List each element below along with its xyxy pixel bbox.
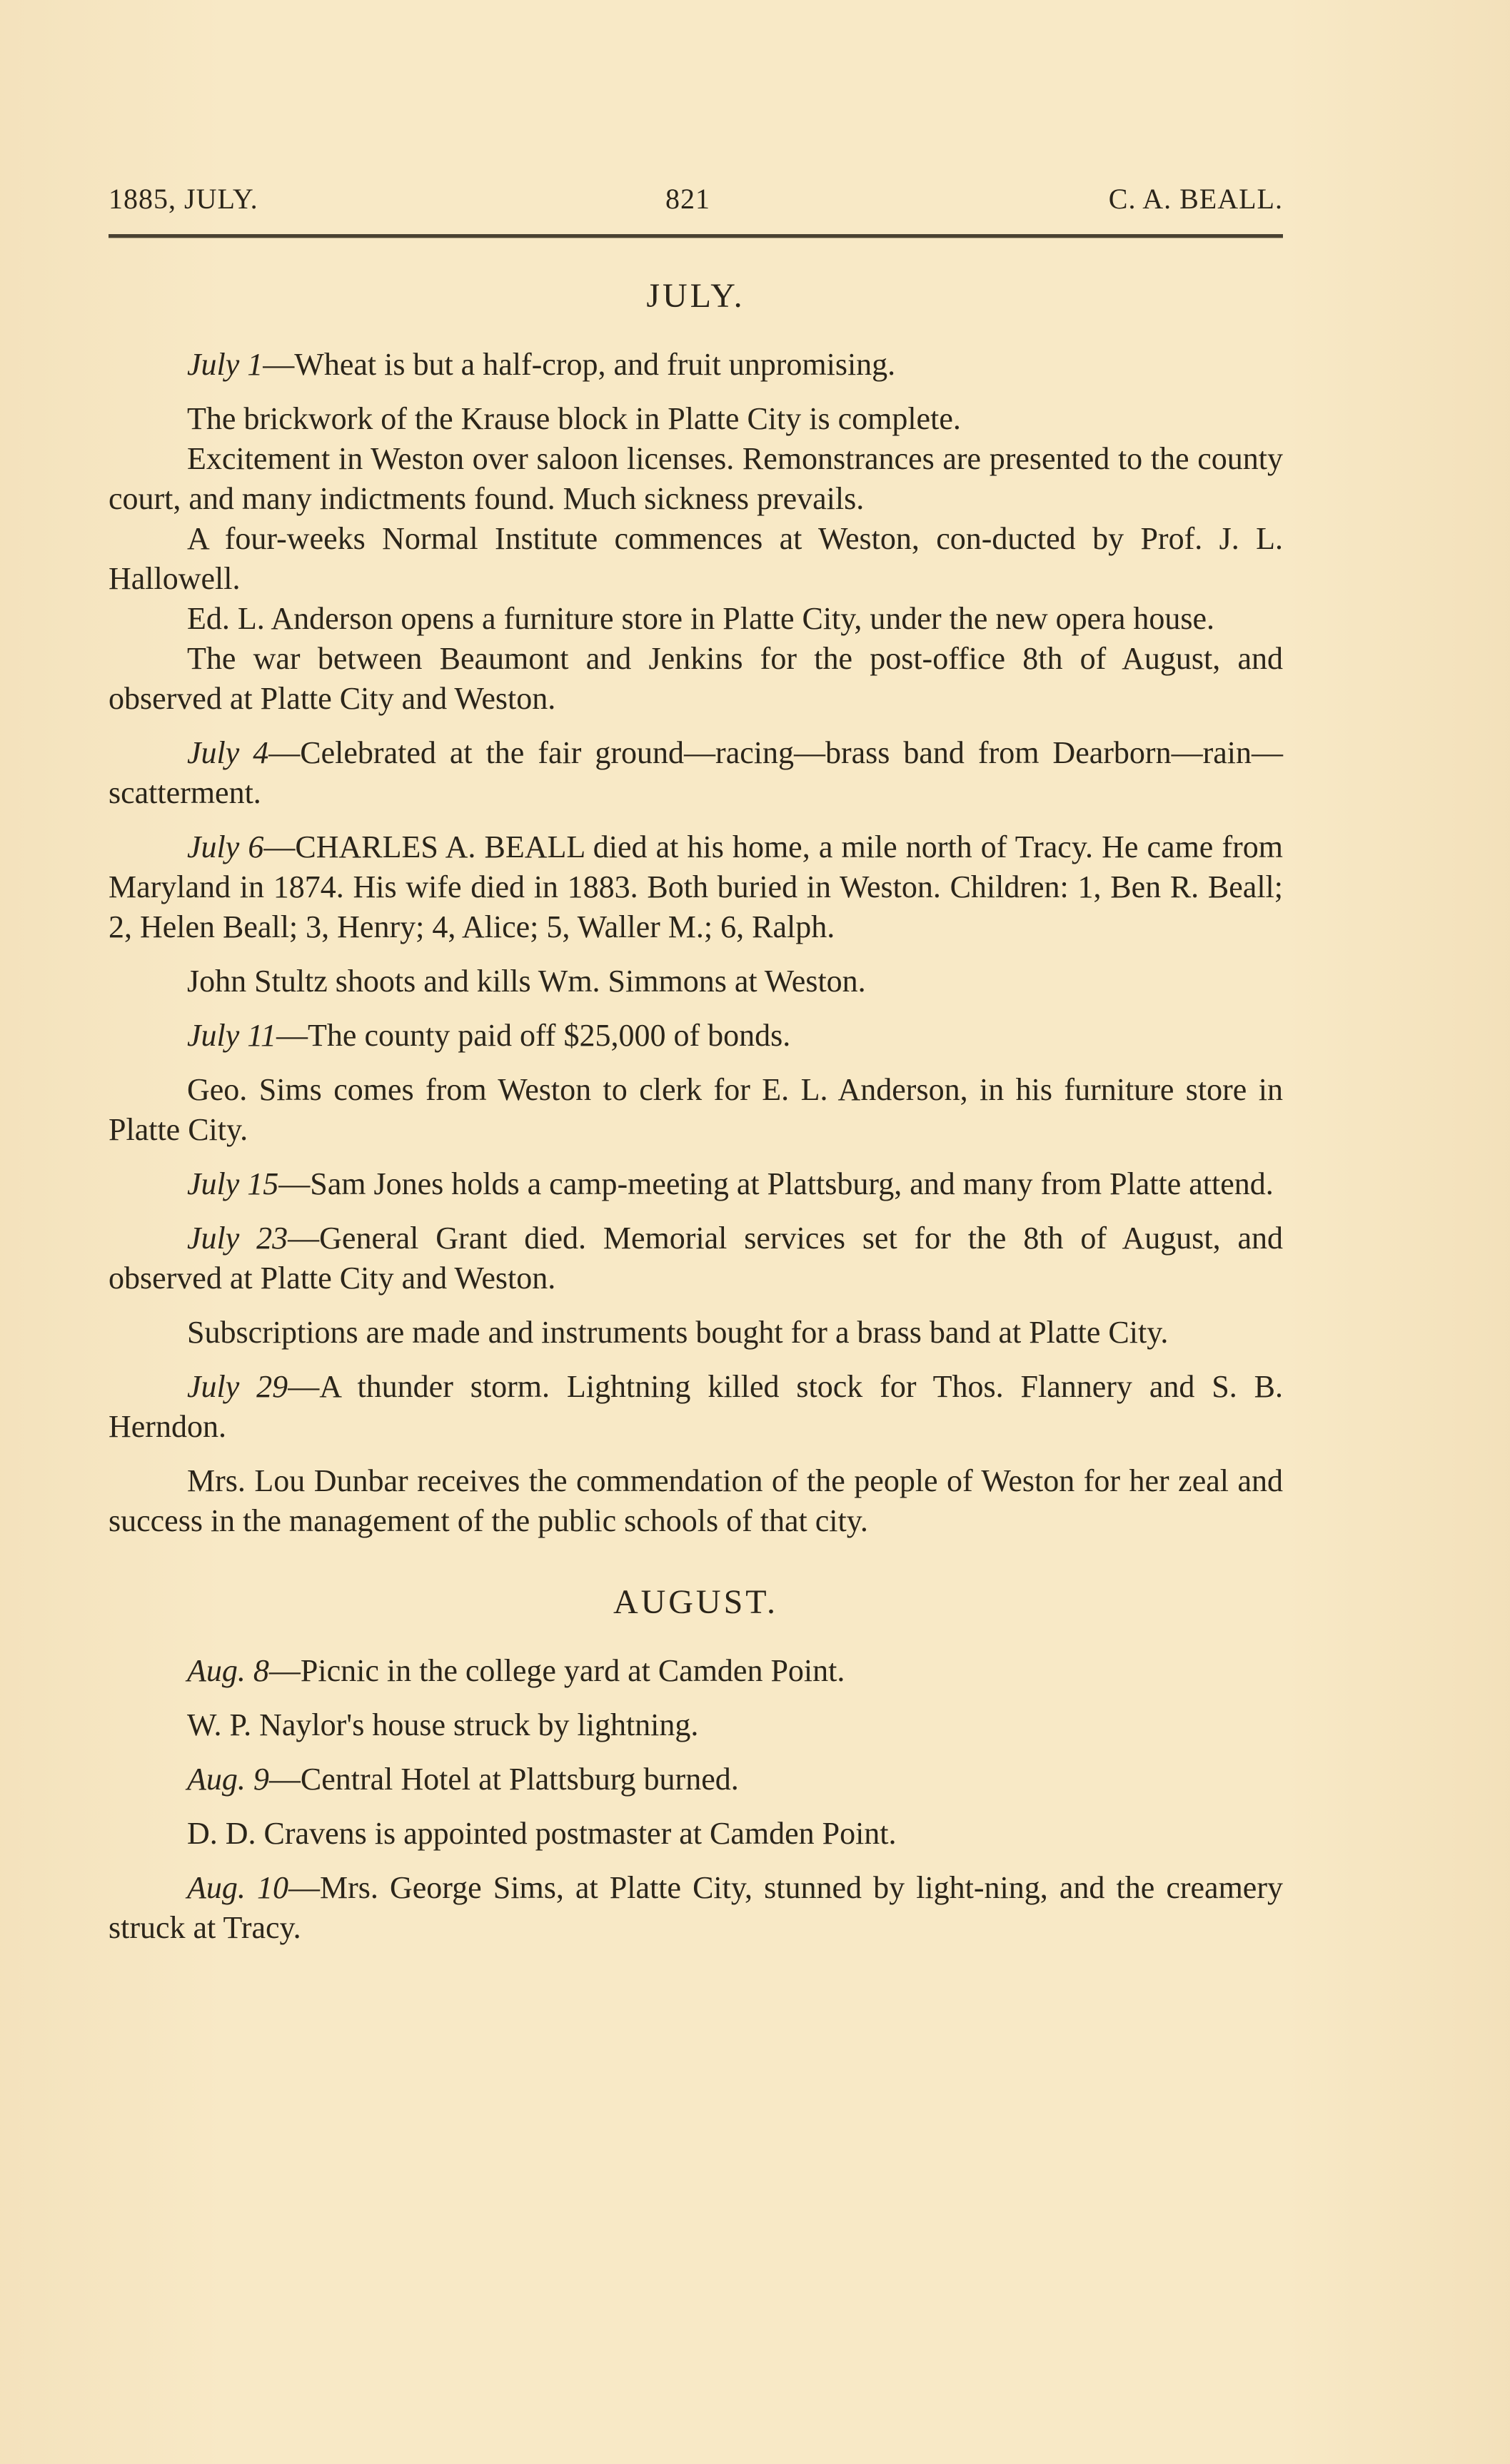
- running-head: 1885, JULY. 821 C. A. BEALL.: [109, 182, 1283, 218]
- entry-text: Subscriptions are made and instruments b…: [187, 1315, 1168, 1350]
- entry: Excitement in Weston over saloon license…: [109, 439, 1283, 519]
- entry: Ed. L. Anderson opens a furniture store …: [109, 599, 1283, 639]
- entry-date: Aug. 10: [187, 1870, 288, 1905]
- entry-text: D. D. Cravens is appointed postmaster at…: [187, 1816, 897, 1851]
- entry-text: The brickwork of the Krause block in Pla…: [187, 401, 961, 436]
- entry: Aug. 9—Central Hotel at Plattsburg burne…: [109, 1759, 1283, 1799]
- entry-date: July 4: [187, 735, 268, 770]
- entry: Subscriptions are made and instruments b…: [109, 1313, 1283, 1353]
- header-rule: [109, 234, 1283, 238]
- entry-text: The war between Beaumont and Jenkins for…: [109, 641, 1283, 716]
- entry: Aug. 10—Mrs. George Sims, at Platte City…: [109, 1868, 1283, 1948]
- entry: W. P. Naylor's house struck by lightning…: [109, 1705, 1283, 1745]
- section-title-august: AUGUST.: [109, 1581, 1283, 1624]
- entry: July 15—Sam Jones holds a camp-meeting a…: [109, 1164, 1283, 1204]
- entry-text: Celebrated at the fair ground—racing—bra…: [109, 735, 1283, 810]
- entry: July 6—CHARLES A. BEALL died at his home…: [109, 827, 1283, 947]
- entry-text: CHARLES A. BEALL died at his home, a mil…: [109, 829, 1283, 944]
- entry: Mrs. Lou Dunbar receives the commendatio…: [109, 1461, 1283, 1541]
- entry-text: Ed. L. Anderson opens a furniture store …: [187, 601, 1214, 636]
- entry-date: July 29: [187, 1369, 288, 1404]
- entry-text: Geo. Sims comes from Weston to clerk for…: [109, 1072, 1283, 1147]
- entry-text: W. P. Naylor's house struck by lightning…: [187, 1707, 698, 1742]
- entry-text: Mrs. Lou Dunbar receives the commendatio…: [109, 1463, 1283, 1538]
- page-body: JULY. July 1—Wheat is but a half-crop, a…: [109, 275, 1283, 1962]
- entry-date: Aug. 9: [187, 1762, 269, 1797]
- running-head-name: C. A. BEALL.: [1109, 182, 1283, 216]
- entry: July 29—A thunder storm. Lightning kille…: [109, 1367, 1283, 1447]
- entry-text: A four-weeks Normal Institute commences …: [109, 521, 1283, 596]
- running-head-date: 1885, JULY.: [109, 182, 258, 216]
- entry: July 23—General Grant died. Memorial ser…: [109, 1218, 1283, 1298]
- entry-text: Picnic in the college yard at Camden Poi…: [301, 1653, 845, 1688]
- entry-text: Wheat is but a half-crop, and fruit unpr…: [294, 347, 895, 382]
- entry: Aug. 8—Picnic in the college yard at Cam…: [109, 1651, 1283, 1691]
- entry: July 1—Wheat is but a half-crop, and fru…: [109, 345, 1283, 385]
- entry-date: July 1: [187, 347, 263, 382]
- entry: Geo. Sims comes from Weston to clerk for…: [109, 1070, 1283, 1150]
- entry: The war between Beaumont and Jenkins for…: [109, 639, 1283, 719]
- section-title-july: JULY.: [109, 275, 1283, 318]
- entry-text: The county paid off $25,000 of bonds.: [308, 1018, 790, 1053]
- entry: July 11—The county paid off $25,000 of b…: [109, 1016, 1283, 1056]
- entry: The brickwork of the Krause block in Pla…: [109, 399, 1283, 439]
- entry-text: Central Hotel at Plattsburg burned.: [301, 1762, 739, 1797]
- entry-date: July 15: [187, 1166, 278, 1201]
- entry-date: Aug. 8: [187, 1653, 269, 1688]
- entry-date: July 11: [187, 1018, 276, 1053]
- entry: D. D. Cravens is appointed postmaster at…: [109, 1814, 1283, 1854]
- page-number: 821: [665, 182, 710, 216]
- entry-text: Sam Jones holds a camp-meeting at Platts…: [310, 1166, 1273, 1201]
- entry: July 4—Celebrated at the fair ground—rac…: [109, 733, 1283, 813]
- entry-date: July 6: [187, 829, 263, 864]
- entry-text: John Stultz shoots and kills Wm. Simmons…: [187, 964, 866, 999]
- entry: A four-weeks Normal Institute commences …: [109, 519, 1283, 599]
- entry-date: July 23: [187, 1221, 288, 1256]
- entry: John Stultz shoots and kills Wm. Simmons…: [109, 961, 1283, 1001]
- entry-text: Excitement in Weston over saloon license…: [109, 441, 1283, 516]
